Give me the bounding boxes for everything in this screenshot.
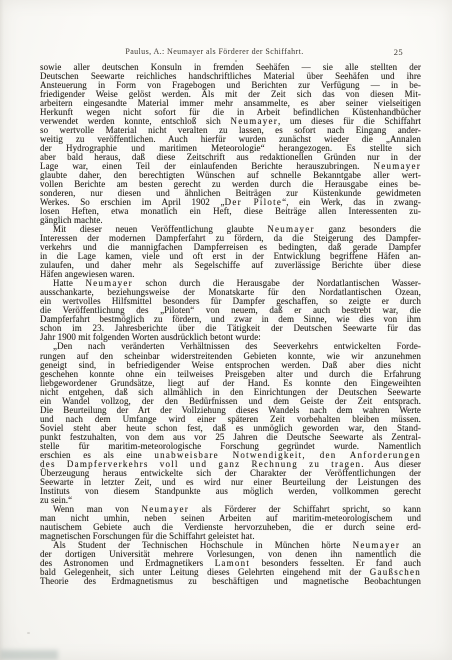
- paragraph: Als Student der Technischen Hochschule i…: [40, 541, 421, 586]
- scan-speckle: [27, 632, 30, 634]
- paragraph: Mit dieser neuen Veröffentlichung glaubt…: [40, 225, 421, 279]
- text-line: Theorie des Erdmagnetismus zu beschäftig…: [40, 577, 421, 586]
- running-header-title: Paulus, A.: Neumayer als Förderer der Sc…: [125, 47, 303, 56]
- paragraph: „Den nach veränderten Verhältnissen des …: [40, 342, 421, 504]
- page-number: 25: [394, 47, 403, 57]
- text-line: Instituts von diesem Standpunkte aus mög…: [40, 487, 421, 496]
- page-gutter-shade: [0, 0, 4, 660]
- scan-corner-shade: [0, 650, 58, 660]
- page-body-text: sowie aller deutschen Konsuln in fremden…: [40, 63, 421, 586]
- paragraph: Wenn man von Neumayer als Förderer der S…: [40, 505, 421, 541]
- paragraph: sowie aller deutschen Konsuln in fremden…: [40, 63, 421, 225]
- paragraph: Hatte Neumayer schon durch die Herausgab…: [40, 279, 421, 342]
- running-header: Paulus, A.: Neumayer als Förderer der Sc…: [40, 47, 421, 59]
- scan-speckle: [235, 60, 237, 62]
- book-page: Paulus, A.: Neumayer als Förderer der Sc…: [0, 0, 452, 660]
